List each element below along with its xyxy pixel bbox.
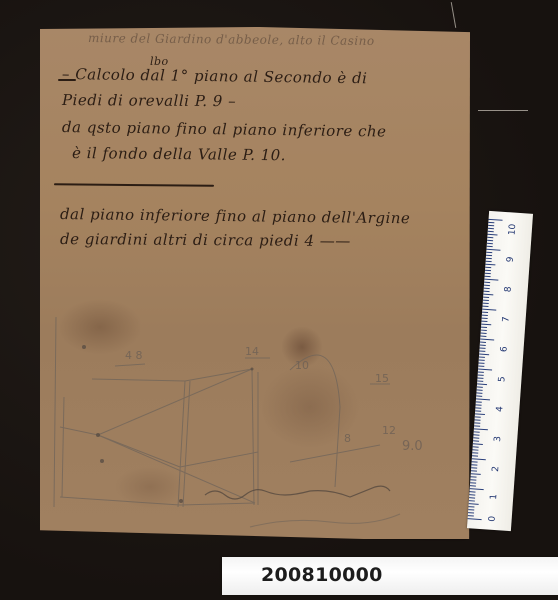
ruler-tick bbox=[468, 515, 474, 516]
ruler-tick bbox=[487, 240, 493, 241]
ruler-tick bbox=[486, 258, 492, 259]
ruler-tick bbox=[474, 431, 480, 432]
header-line: miure del Giardino d'abbeole, alto il Ca… bbox=[88, 31, 375, 48]
paragraph-1-line-2: Piedi di orevalli P. 9 – bbox=[62, 91, 236, 110]
ruler-tick bbox=[485, 267, 491, 268]
ruler-tick bbox=[471, 464, 477, 465]
ruler-tick bbox=[476, 392, 482, 393]
ruler-tick bbox=[485, 264, 495, 266]
sketch-annotation: 14 bbox=[245, 345, 259, 358]
ruler-tick bbox=[473, 446, 479, 447]
ruler-tick bbox=[486, 255, 492, 256]
ruler-tick bbox=[487, 246, 493, 247]
ruler-tick bbox=[478, 371, 484, 372]
ruler-tick bbox=[482, 309, 496, 311]
ruler-tick bbox=[478, 362, 484, 363]
ruler-label-2: 2 bbox=[491, 462, 502, 477]
ruler-tick bbox=[487, 234, 497, 236]
ruler-tick bbox=[478, 365, 484, 366]
ruler-label-5: 5 bbox=[497, 372, 508, 387]
ruler-tick bbox=[469, 503, 479, 505]
ruler-tick bbox=[485, 270, 491, 271]
ruler-tick bbox=[478, 374, 484, 375]
ruler-tick bbox=[476, 395, 482, 396]
paragraph-2-line-2: de giardini altri di circa piedi 4 —— bbox=[60, 230, 351, 250]
ruler-tick bbox=[471, 473, 481, 475]
ruler-label-4: 4 bbox=[495, 402, 506, 417]
ruler-label-3: 3 bbox=[493, 432, 504, 447]
ruler-tick bbox=[473, 437, 479, 438]
paragraph-1-line-3: da qsto piano fino al piano inferiore ch… bbox=[62, 118, 387, 141]
ruler-tick bbox=[487, 243, 493, 244]
ruler-label-7: 7 bbox=[501, 312, 512, 327]
ruler-tick bbox=[479, 359, 485, 360]
ruler-tick bbox=[482, 315, 488, 316]
catalog-label: 200810000 bbox=[222, 557, 558, 595]
ruler-tick bbox=[482, 306, 488, 307]
ruler-tick bbox=[488, 231, 494, 232]
ruler-tick bbox=[484, 279, 498, 281]
ruler-tick bbox=[488, 225, 494, 226]
ruler-tick bbox=[473, 440, 479, 441]
ruler-tick bbox=[477, 386, 483, 387]
ruler-tick bbox=[475, 416, 481, 417]
ruler-tick bbox=[475, 410, 481, 411]
ruler-tick bbox=[483, 297, 489, 298]
ruler-tick bbox=[479, 354, 489, 356]
ruler-tick bbox=[482, 312, 488, 313]
ruler-tick bbox=[474, 422, 480, 423]
ruler-tick bbox=[470, 479, 476, 480]
ruler-tick bbox=[481, 324, 491, 326]
ruler-tick bbox=[473, 434, 479, 435]
ruler-tick bbox=[475, 413, 485, 415]
ruler-tick bbox=[469, 491, 475, 492]
ruler-label-0: 0 bbox=[487, 512, 498, 527]
thread-mark bbox=[478, 110, 528, 111]
sketch-annotation: 4 8 bbox=[125, 349, 143, 362]
paragraph-1-line-4: è il fondo della Valle P. 10. bbox=[72, 144, 286, 164]
ruler-tick bbox=[473, 443, 483, 445]
manuscript-page: miure del Giardino d'abbeole, alto il Ca… bbox=[40, 27, 470, 539]
separator-line bbox=[54, 183, 214, 186]
ruler-tick bbox=[481, 333, 487, 334]
ruler-tick bbox=[484, 282, 490, 283]
ruler-label-9: 9 bbox=[505, 252, 516, 267]
ruler-tick bbox=[484, 285, 490, 286]
ruler-tick bbox=[480, 336, 486, 337]
ruler-tick bbox=[472, 455, 478, 456]
paragraph-1-line-1: – Calcolo dal 1° piano al Secondo è di bbox=[62, 65, 368, 87]
ruler-tick bbox=[482, 318, 488, 319]
ruler-tick bbox=[469, 500, 475, 501]
ruler-tick bbox=[474, 428, 488, 430]
paragraph-2-line-1: dal piano inferiore fino al piano dell'A… bbox=[60, 205, 411, 227]
sketch-annotation: 9.0 bbox=[402, 439, 423, 454]
ruler-tick bbox=[474, 425, 480, 426]
ruler-tick bbox=[481, 327, 487, 328]
ruler-tick bbox=[477, 377, 483, 378]
ruler-tick bbox=[477, 380, 483, 381]
ruler-tick bbox=[489, 219, 503, 221]
ruler-tick bbox=[477, 383, 487, 385]
sketch-annotation: 15 bbox=[375, 372, 389, 385]
ruler-tick bbox=[471, 470, 477, 471]
ruler-tick bbox=[471, 476, 477, 477]
ruler-tick bbox=[480, 348, 486, 349]
catalog-number: 200810000 bbox=[261, 564, 383, 586]
ruler-tick bbox=[474, 419, 480, 420]
sketch-annotation: 8 bbox=[344, 432, 351, 445]
ruler-label-1: 1 bbox=[489, 490, 500, 505]
ruler-tick bbox=[485, 273, 491, 274]
ruler-tick bbox=[468, 509, 474, 510]
ruler-tick bbox=[483, 300, 489, 301]
ruler-tick bbox=[479, 356, 485, 357]
ruler-tick bbox=[485, 276, 491, 277]
sketch-annotation: 10 bbox=[295, 359, 309, 372]
ruler-tick bbox=[476, 398, 490, 400]
ruler-tick bbox=[475, 407, 481, 408]
ruler-tick bbox=[470, 488, 484, 490]
ruler-tick bbox=[472, 458, 486, 460]
ruler-tick bbox=[486, 252, 492, 253]
ruler-tick bbox=[472, 449, 478, 450]
ruler-tick bbox=[468, 512, 474, 513]
ruler-tick bbox=[476, 401, 482, 402]
ruler-tick bbox=[469, 497, 475, 498]
ruler-tick bbox=[479, 351, 485, 352]
ruler-label-6: 6 bbox=[499, 342, 510, 357]
ruler-tick bbox=[480, 342, 486, 343]
ruler-label-10: 10 bbox=[507, 222, 518, 237]
ruler-tick bbox=[480, 345, 486, 346]
ruler-tick bbox=[480, 339, 494, 341]
ruler-tick bbox=[481, 330, 487, 331]
ruler-tick bbox=[476, 404, 482, 405]
ruler-tick bbox=[488, 222, 494, 223]
ruler-tick bbox=[486, 261, 492, 262]
ruler-tick bbox=[470, 485, 476, 486]
ruler-tick bbox=[469, 494, 475, 495]
ruler-tick bbox=[483, 294, 493, 296]
paragraph-1-superscript: lbo bbox=[150, 55, 169, 68]
ruler-tick bbox=[478, 368, 492, 370]
ruler-tick bbox=[483, 291, 489, 292]
ruler-tick bbox=[477, 389, 483, 390]
ruler-tick bbox=[483, 303, 489, 304]
ruler-tick bbox=[484, 288, 490, 289]
ruler-tick bbox=[472, 452, 478, 453]
ruler-tick bbox=[470, 482, 476, 483]
ruler-tick bbox=[488, 228, 494, 229]
ruler-label-8: 8 bbox=[503, 282, 514, 297]
ruler-tick bbox=[486, 249, 500, 251]
sketch-annotation: 12 bbox=[382, 424, 396, 437]
ruler-tick bbox=[472, 461, 478, 462]
ruler-tick bbox=[471, 467, 477, 468]
ruler-tick bbox=[481, 321, 487, 322]
ruler-tick bbox=[468, 506, 474, 507]
ruler-tick bbox=[487, 237, 493, 238]
ruler-tick bbox=[468, 518, 482, 520]
